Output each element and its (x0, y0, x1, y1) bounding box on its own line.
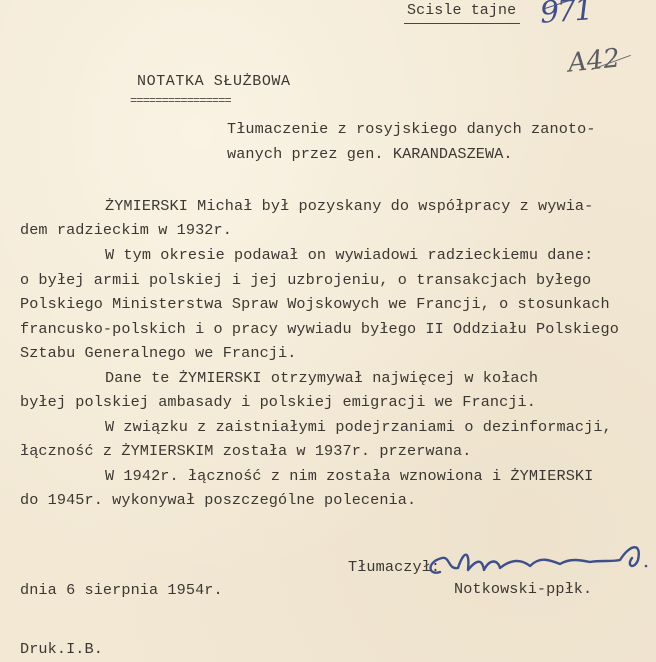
body-line: łączność z ŻYMIERSKIM została w 1937r. p… (20, 442, 472, 460)
body-line: dem radzieckim w 1932r. (20, 221, 232, 239)
footer-print-mark: Druk.I.B. (20, 640, 103, 658)
document-page: Scisle tajne 971 A42 NOTATKA SŁUŻBOWA ==… (0, 0, 656, 662)
body-line: o byłej armii polskiej i jej uzbrojeniu,… (20, 271, 591, 289)
body-line: Dane te ŻYMIERSKI otrzymywał najwięcej w… (105, 369, 538, 387)
body-line: francusko-polskich i o pracy wywiadu był… (20, 320, 619, 338)
body-line: W związku z zaistniałymi podejrzaniami o… (105, 418, 612, 436)
body-line: do 1945r. wykonywał poszczególne polecen… (20, 491, 416, 509)
classification-underline (404, 23, 520, 24)
body-line: byłej polskiej ambasady i polskiej emigr… (20, 393, 536, 411)
body-line: W 1942r. łączność z nim została wznowion… (105, 467, 593, 485)
body-line: ŻYMIERSKI Michał był pozyskany do współp… (105, 197, 593, 215)
document-title: NOTATKA SŁUŻBOWA (137, 73, 291, 91)
document-date: dnia 6 sierpnia 1954r. (20, 581, 223, 599)
handwritten-number-crossed: 971 (539, 0, 593, 31)
body-line: Sztabu Generalnego we Francji. (20, 344, 296, 362)
title-rule: ================ (130, 92, 231, 110)
intro-line-2: wanych przez gen. KARANDASZEWA. (227, 145, 513, 163)
intro-line-1: Tłumaczenie z rosyjskiego danych zanoto- (227, 120, 596, 138)
translator-name: Notkowski-ppłk. (454, 580, 592, 598)
body-line: W tym okresie podawał on wywiadowi radzi… (105, 246, 593, 264)
classification-label: Scisle tajne (407, 2, 516, 20)
body-line: Polskiego Ministerstwa Spraw Wojskowych … (20, 295, 610, 313)
